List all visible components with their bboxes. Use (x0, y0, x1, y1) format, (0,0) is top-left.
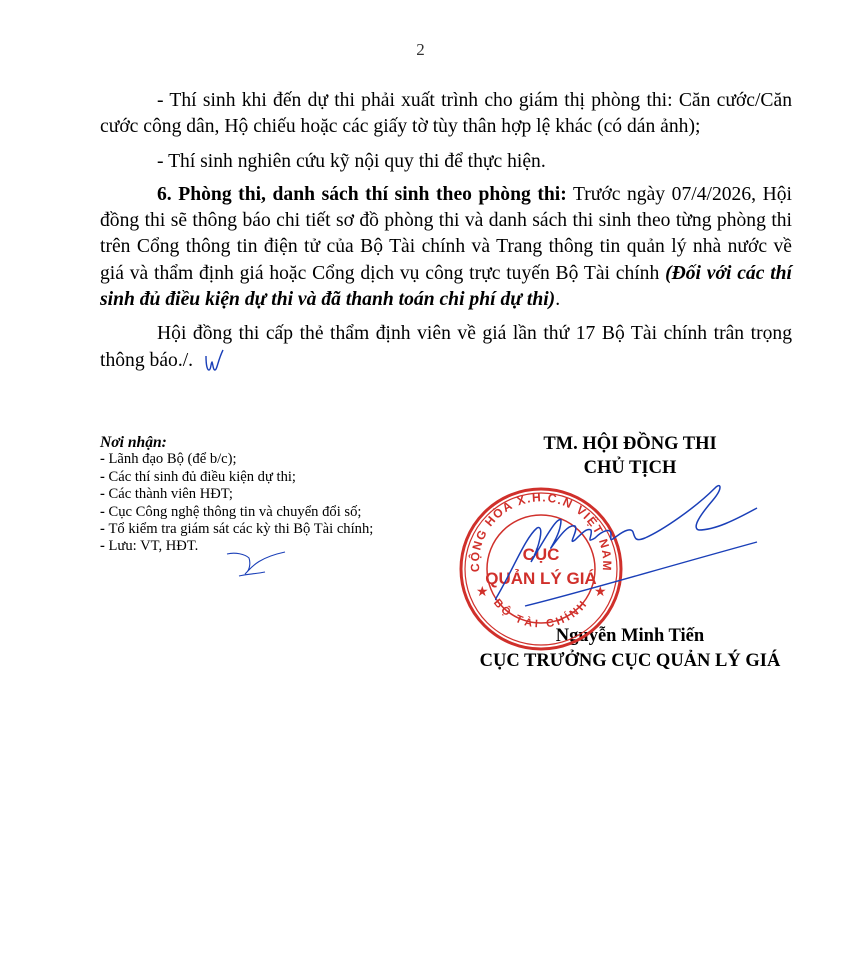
document-body: - Thí sinh khi đến dự thi phải xuất trìn… (100, 88, 792, 382)
section-end: . (555, 289, 560, 310)
handwritten-signature-icon (495, 478, 760, 608)
paragraph-rules: - Thí sinh nghiên cứu kỹ nội quy thi để … (100, 149, 792, 175)
section-heading: 6. Phòng thi, danh sách thí sinh theo ph… (157, 184, 567, 205)
initial-mark-icon (203, 348, 225, 374)
recipient-item: Cục Công nghệ thông tin và chuyển đổi số… (100, 504, 460, 521)
page-number: 2 (0, 40, 841, 60)
recipients-title: Nơi nhận: (100, 434, 460, 451)
signer-role-line1: TM. HỘI ĐỒNG THI (455, 432, 805, 456)
recipient-item: Tổ kiểm tra giám sát các kỳ thi Bộ Tài c… (100, 521, 460, 538)
recipient-item: Các thí sinh đủ điều kiện dự thi; (100, 469, 460, 486)
paragraph-id-requirement: - Thí sinh khi đến dự thi phải xuất trìn… (100, 88, 792, 141)
recipient-item: Lãnh đạo Bộ (để b/c); (100, 451, 460, 468)
signature-block: TM. HỘI ĐỒNG THI CHỦ TỊCH Nguyễn Minh Ti… (455, 432, 805, 480)
recipient-item: Các thành viên HĐT; (100, 486, 460, 503)
initial-mark-small-icon (225, 548, 290, 578)
paragraph-exam-rooms: 6. Phòng thi, danh sách thí sinh theo ph… (100, 182, 792, 313)
recipients-block: Nơi nhận: Lãnh đạo Bộ (để b/c); Các thí … (100, 434, 460, 556)
signer-role-line2: CHỦ TỊCH (455, 456, 805, 480)
paragraph-closing: Hội đồng thi cấp thẻ thẩm định viên về g… (100, 321, 792, 374)
